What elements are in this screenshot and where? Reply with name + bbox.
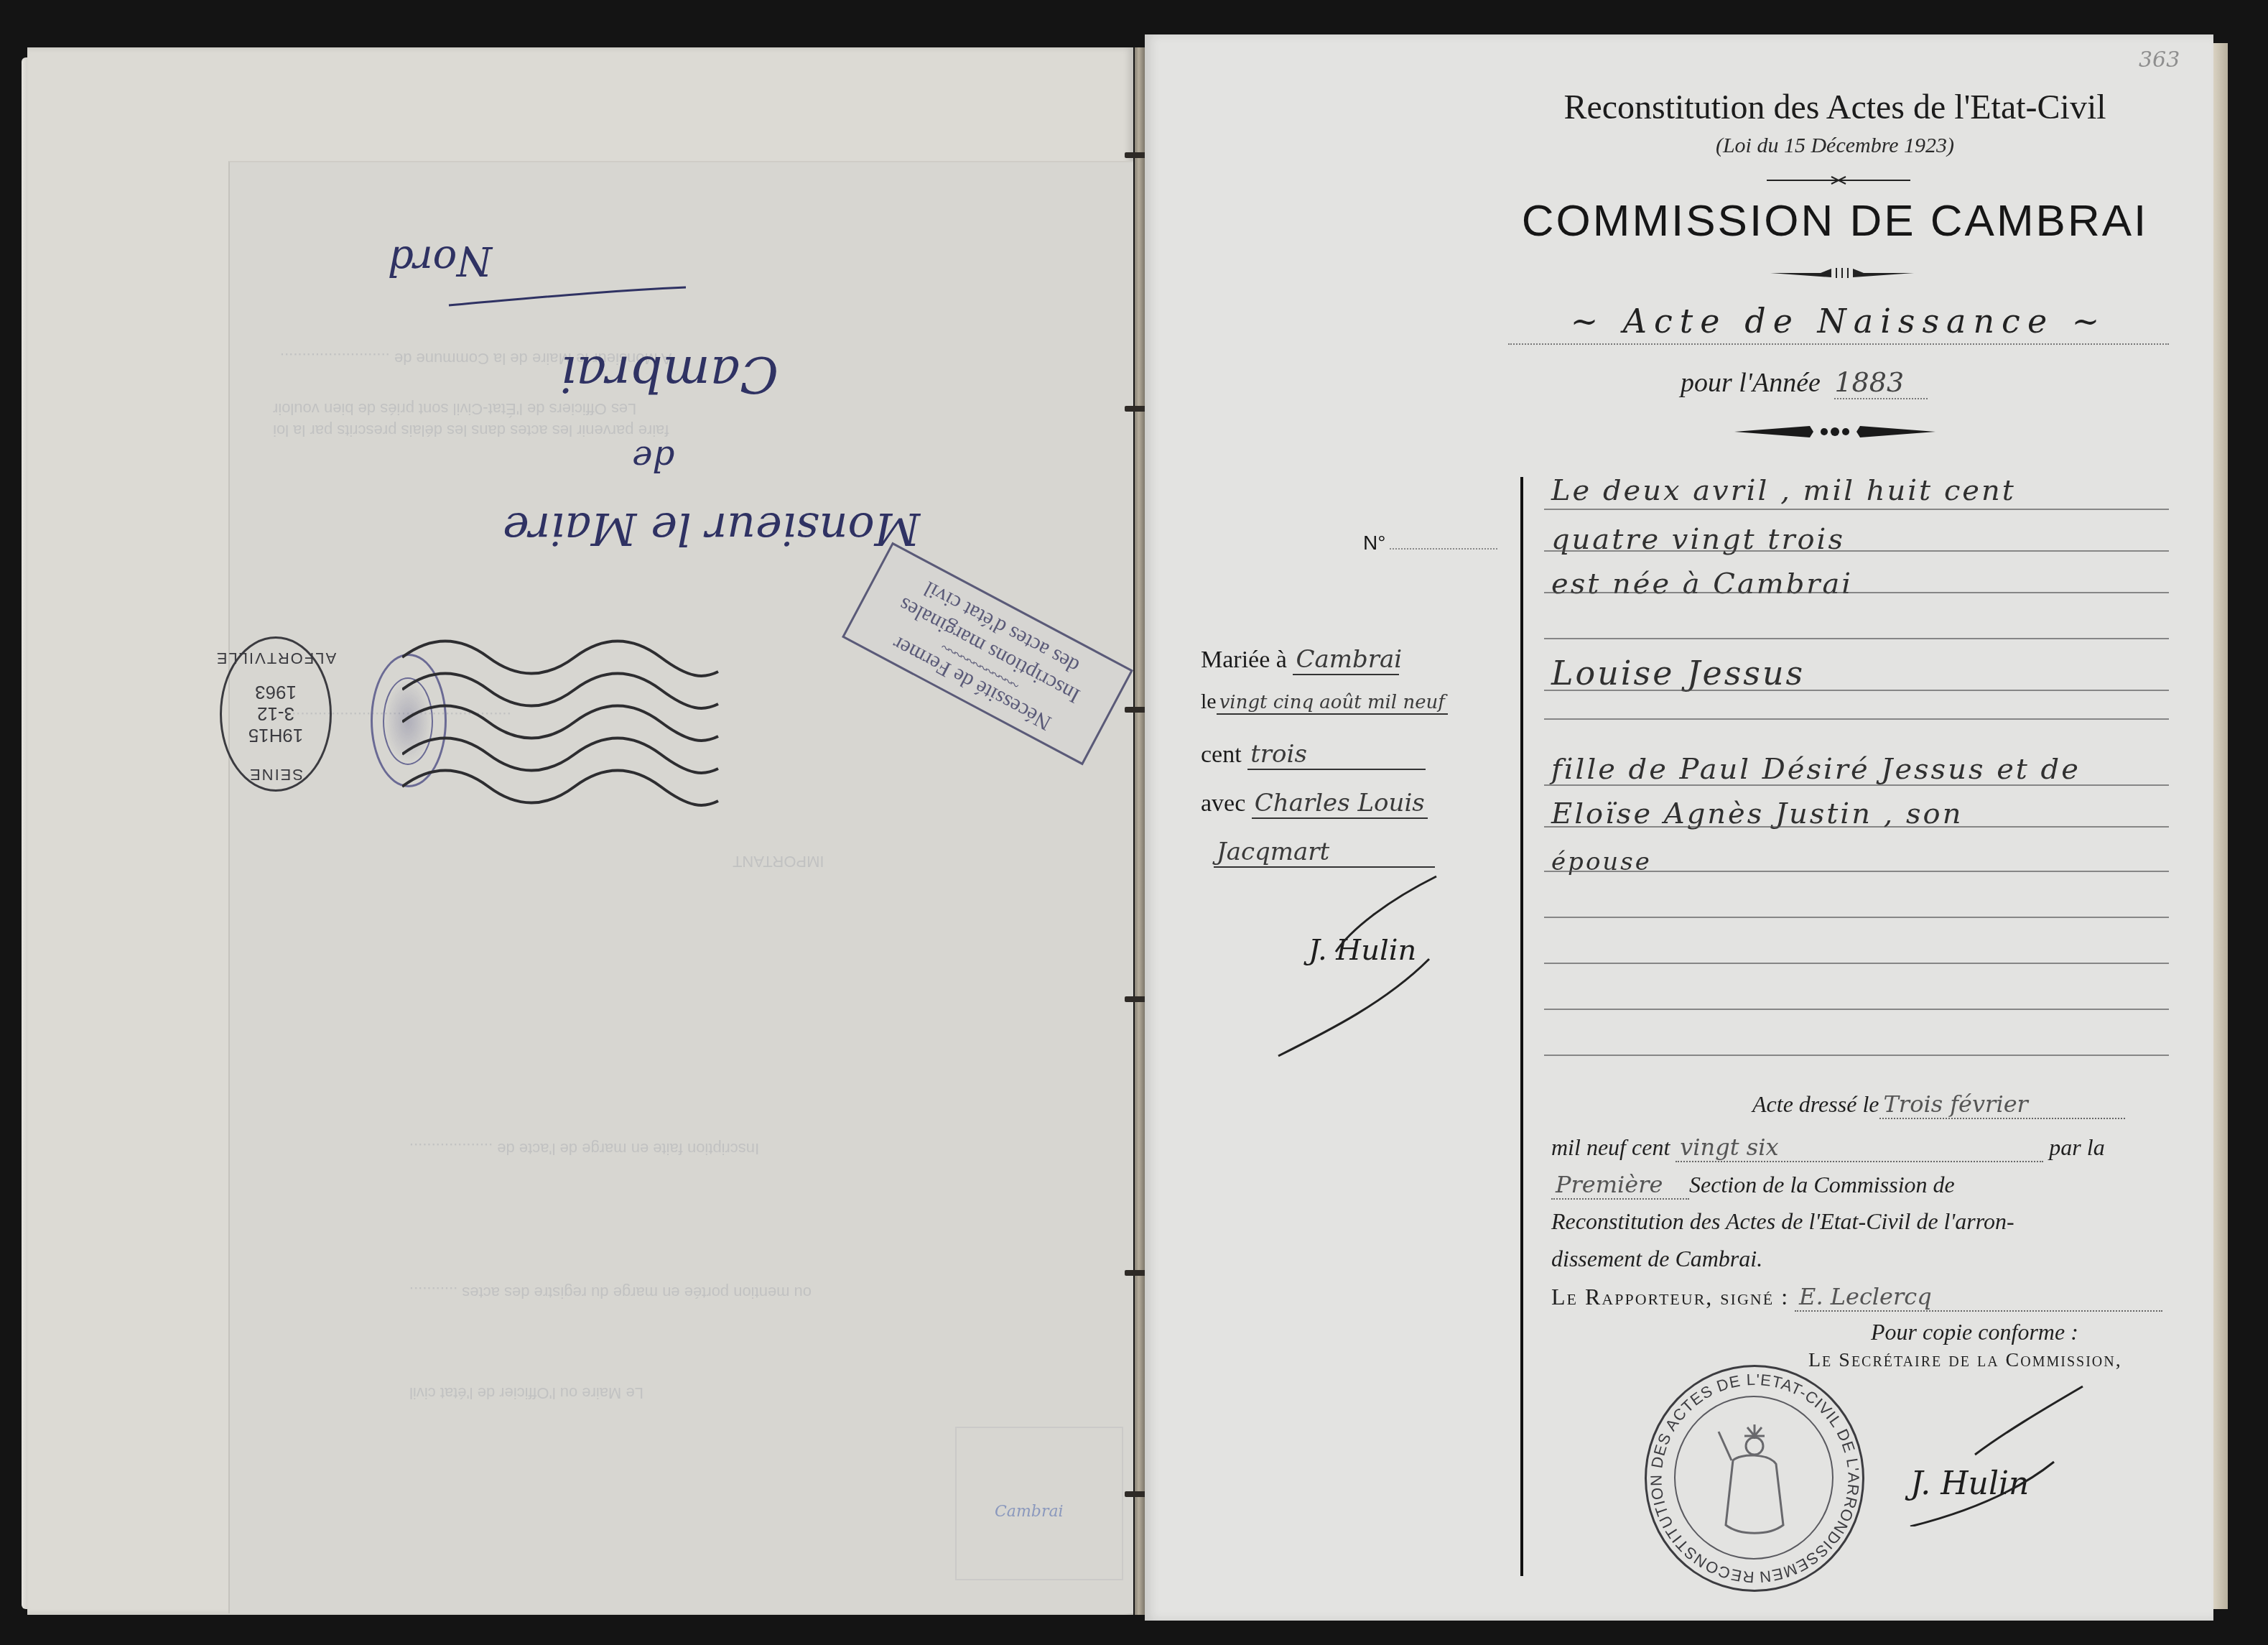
acte-dresse-label: Acte dressé le xyxy=(1752,1091,1879,1117)
postmark-department: SEINE xyxy=(248,765,303,784)
postmark-year: 1963 xyxy=(255,682,297,703)
mariee-label: Mariée à xyxy=(1201,647,1287,673)
show-through-text: IMPORTANT xyxy=(733,852,824,871)
annee-field: pour l'Année 1883 xyxy=(1681,366,1928,399)
rapporteur-line: Le Rapporteur, signé : E. Leclercq xyxy=(1551,1283,2162,1312)
ruled-line xyxy=(1544,550,2169,552)
margin-signature-flourish xyxy=(1271,873,1458,1060)
show-through-text: Inscription faite en marge de l'acte de … xyxy=(409,1139,759,1158)
annee-label: pour l'Année xyxy=(1681,368,1821,398)
par-la-label: par la xyxy=(2049,1134,2104,1160)
ruled-line xyxy=(1544,718,2169,720)
ruled-line xyxy=(1544,826,2169,828)
avec-value-surname: Jacqmart xyxy=(1214,838,1435,868)
show-through-text: faire parvenir les actes dans les délais… xyxy=(273,421,669,440)
ornament-divider-medium xyxy=(1770,266,1914,280)
address-line-city: Cambrai xyxy=(560,345,779,404)
header-title: Reconstitution des Actes de l'Etat-Civil xyxy=(1465,88,2205,127)
entry-line-parents-1: fille de Paul Désiré Jessus et de xyxy=(1551,753,2081,786)
rapporteur-signature: E. Leclercq xyxy=(1795,1283,2162,1312)
ornament-divider-large xyxy=(1734,424,1935,440)
column-divider xyxy=(1520,477,1523,1576)
postmark-date-stamp: SEINE 19H15 3-12 1963 ALFORTVILLE xyxy=(220,636,332,792)
book-spine xyxy=(1135,47,1145,1615)
entry-line-3: est née à Cambrai xyxy=(1551,567,1853,601)
acte-dresse-line: Acte dressé leTrois février xyxy=(1752,1090,2125,1119)
numero-value xyxy=(1390,548,1497,550)
mil-neuf-cent-label: mil neuf cent xyxy=(1551,1134,1670,1160)
ruled-line xyxy=(1544,1009,2169,1010)
arrondissement-line: dissement de Cambrai. xyxy=(1551,1246,1762,1272)
avec-field-continued: Jacqmart xyxy=(1214,838,1435,868)
postmark-town: ALFORTVILLE xyxy=(215,649,336,667)
avec-label: avec xyxy=(1201,790,1245,817)
show-through-text: Le Maire ou l'Officier de l'état civil xyxy=(409,1384,643,1402)
entry-line-parents-3: épouse xyxy=(1551,848,1652,876)
ruled-line xyxy=(1544,638,2169,639)
address-line-monsieur-le-maire: Monsieur le Maire xyxy=(503,503,920,555)
header-commission: COMMISSION DE CAMBRAI xyxy=(1465,195,2205,246)
numero-label: N° xyxy=(1363,532,1385,554)
seal-text-ring: RECONSTITUTION DES ACTES DE L'ETAT-CIVIL… xyxy=(1647,1367,1862,1590)
open-register-book: A Monsieur le Maire de la Commune de ...… xyxy=(0,0,2268,1645)
ruled-line xyxy=(1544,917,2169,918)
section-value: Première xyxy=(1551,1171,1689,1200)
entry-line-1: Le deux avril , mil huit cent xyxy=(1551,474,2016,507)
right-page-edge xyxy=(2213,43,2228,1609)
le-label: le xyxy=(1201,690,1217,713)
svg-text:RECONSTITUTION DES ACTES DE L': RECONSTITUTION DES ACTES DE L'ETAT-CIVIL… xyxy=(1647,1367,1862,1586)
reconstitution-line: Reconstitution des Actes de l'Etat-Civil… xyxy=(1551,1208,2014,1235)
rapporteur-label: Le Rapporteur, signé : xyxy=(1551,1284,1789,1310)
ruled-line xyxy=(1544,784,2169,786)
cent-label: cent xyxy=(1201,741,1242,768)
commission-seal: RECONSTITUTION DES ACTES DE L'ETAT-CIVIL… xyxy=(1645,1365,1864,1592)
acte-dresse-value: Trois février xyxy=(1879,1090,2125,1119)
section-label: Section de la Commission de xyxy=(1689,1172,1955,1197)
pour-copie-conforme: Pour copie conforme : xyxy=(1871,1319,2078,1345)
annee-value: 1883 xyxy=(1834,366,1928,399)
ruled-line xyxy=(1544,690,2169,691)
folio-number: 363 xyxy=(2139,47,2180,73)
ruled-line xyxy=(1544,963,2169,964)
secretaire-signature-flourish xyxy=(1896,1383,2097,1526)
mil-neuf-cent-line: mil neuf cent vingt six par la xyxy=(1551,1134,2105,1162)
seal-liberty-figure-icon xyxy=(1719,1424,1783,1533)
address-line-department: Nord xyxy=(388,237,492,284)
faint-blue-note: Cambrai xyxy=(995,1503,1064,1521)
show-through-text: ou mention portée en marge du registre d… xyxy=(409,1283,812,1302)
entry-child-name: Louise Jessus xyxy=(1551,654,1805,692)
mariee-date-field: levingt cinq août mil neuf xyxy=(1201,690,1448,715)
avec-field: avec Charles Louis xyxy=(1201,789,1428,819)
numero-field: N° xyxy=(1363,532,1497,555)
mariee-field: Mariée à Cambrai xyxy=(1201,645,1399,675)
cent-value: trois xyxy=(1247,740,1426,770)
acte-type-title: ~ Acte de Naissance ~ xyxy=(1508,302,2169,345)
avec-value: Charles Louis xyxy=(1252,789,1428,819)
section-line: PremièreSection de la Commission de xyxy=(1551,1171,1955,1200)
postmark-date: 3-12 xyxy=(257,703,294,725)
header-law-reference: (Loi du 15 Décembre 1923) xyxy=(1465,134,2205,158)
ruled-line xyxy=(1544,871,2169,872)
mil-neuf-cent-value: vingt six xyxy=(1676,1134,2043,1162)
le-value: vingt cinq août mil neuf xyxy=(1217,692,1448,715)
cancellation-wavy-lines xyxy=(402,639,725,812)
address-underline xyxy=(445,284,689,312)
ornament-divider-small xyxy=(1767,175,1910,185)
ruled-line xyxy=(1544,1055,2169,1056)
ruled-line xyxy=(1544,592,2169,593)
mariee-value: Cambrai xyxy=(1293,645,1399,675)
cent-field: cent trois xyxy=(1201,740,1426,770)
address-line-de: de xyxy=(632,438,674,478)
postmark-time: 19H15 xyxy=(248,725,304,746)
ruled-line xyxy=(1544,509,2169,510)
